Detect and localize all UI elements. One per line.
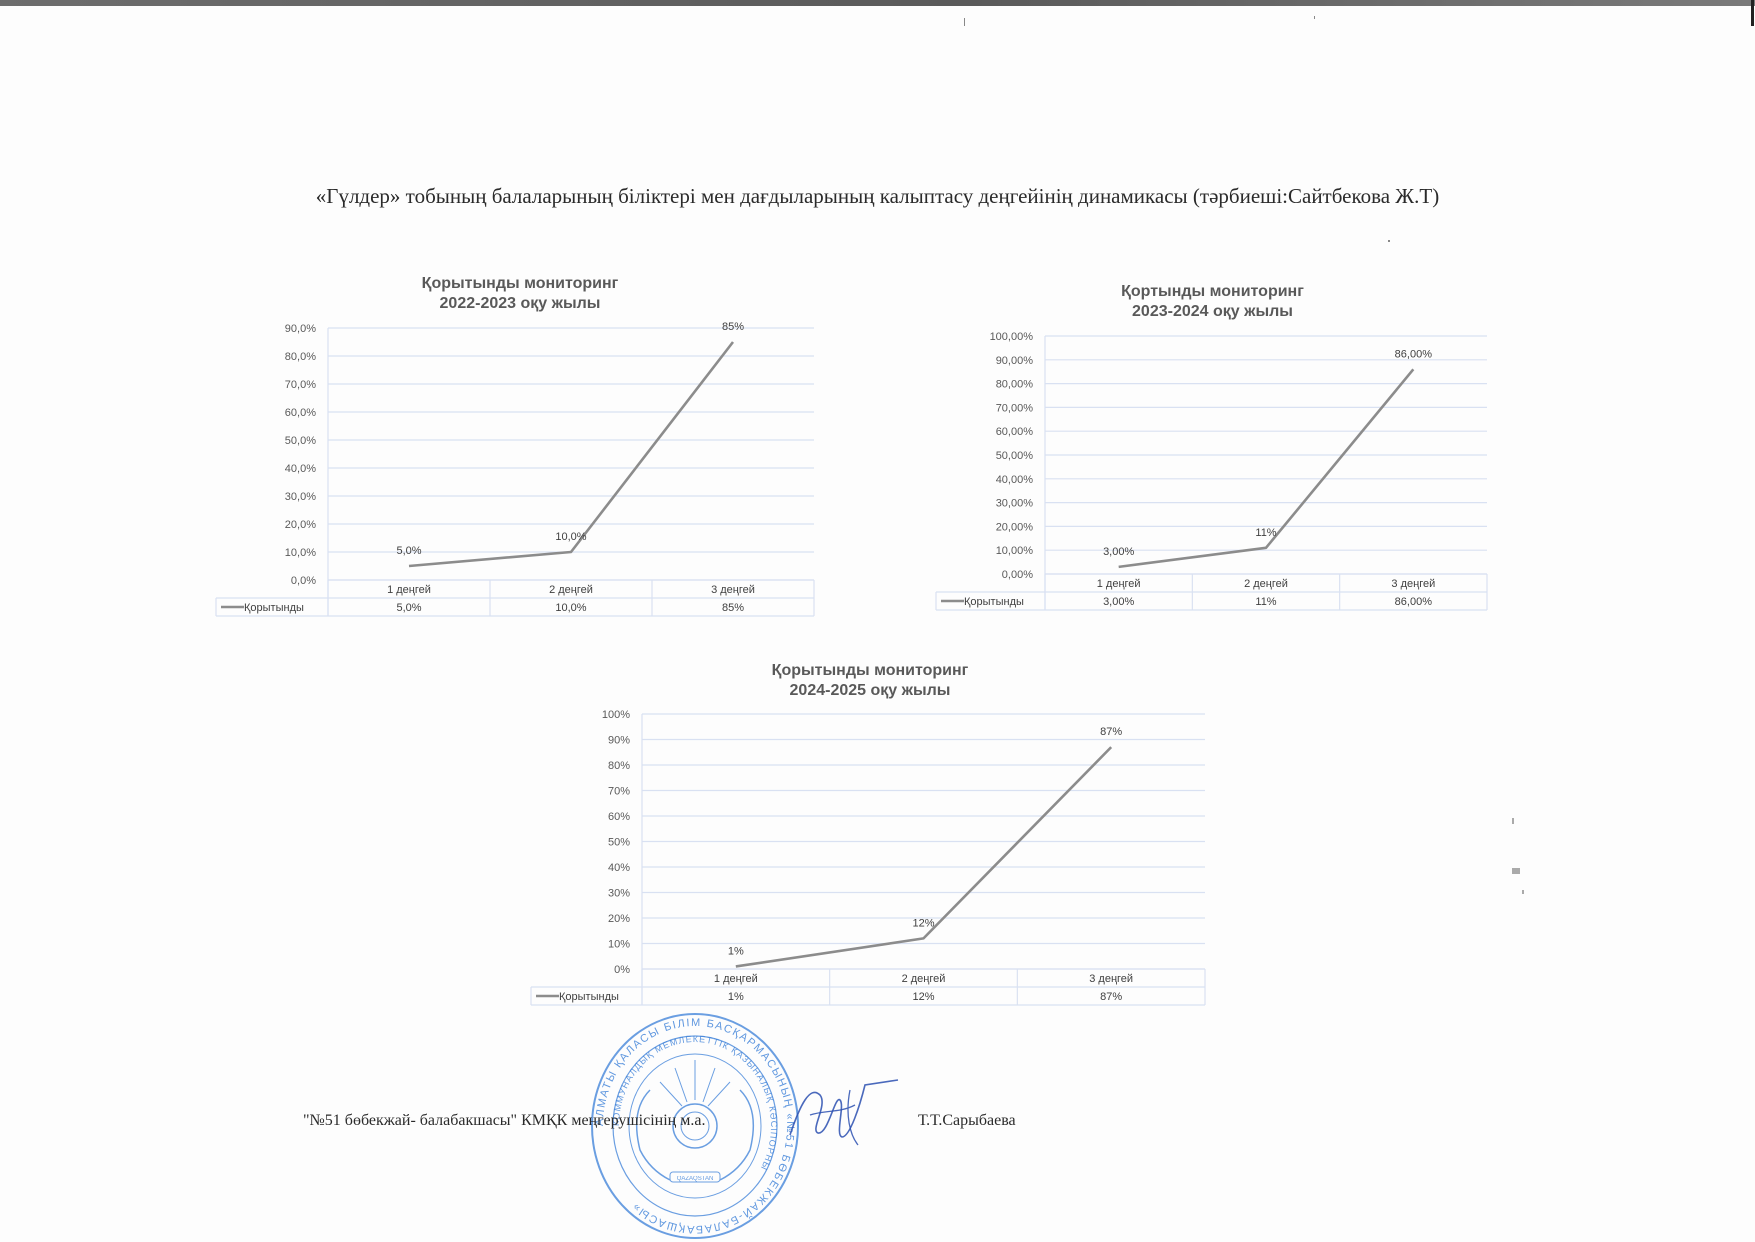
data-label: 5,0% bbox=[396, 545, 421, 557]
line-chart-plot: 0,00%10,00%20,00%30,00%40,00%50,00%60,00… bbox=[930, 278, 1495, 623]
scan-speck bbox=[1522, 890, 1524, 894]
table-value: 12% bbox=[912, 991, 934, 1003]
data-label: 11% bbox=[1255, 527, 1276, 539]
y-tick-label: 70% bbox=[608, 786, 630, 798]
y-tick-label: 60% bbox=[608, 811, 630, 823]
chart-2023-2024: Қортынды мониторинг 2023-2024 оқу жылы 0… bbox=[930, 278, 1495, 623]
category-label: 2 деңгей bbox=[549, 584, 593, 596]
y-tick-label: 100,00% bbox=[990, 331, 1034, 343]
y-tick-label: 30,00% bbox=[996, 498, 1034, 510]
scan-edge-right bbox=[1751, 0, 1754, 26]
category-label: 2 деңгей bbox=[902, 973, 946, 985]
y-tick-label: 30,0% bbox=[285, 491, 316, 503]
footer-organization: "№51 бөбекжай- балабакшасы" КМҚК меңгеру… bbox=[303, 1112, 705, 1130]
y-tick-label: 70,00% bbox=[996, 402, 1034, 414]
data-label: 85% bbox=[722, 321, 744, 333]
y-tick-label: 80,0% bbox=[285, 351, 316, 363]
legend-label: Қорытынды bbox=[964, 596, 1024, 608]
svg-text:КОММУНАЛДЫҚ МЕМЛЕКЕТТІК ҚАЗЫНА: КОММУНАЛДЫҚ МЕМЛЕКЕТТІК ҚАЗЫНАЛЫҚ КӘСІПО… bbox=[611, 1034, 779, 1172]
line-chart-plot: 0,0%10,0%20,0%30,0%40,0%50,0%60,0%70,0%8… bbox=[210, 270, 830, 630]
chart-2024-2025: Қорытынды мониторинг 2024-2025 оқу жылы … bbox=[525, 657, 1215, 1017]
y-tick-label: 20,00% bbox=[996, 521, 1034, 533]
footer-signatory: Т.Т.Сарыбаева bbox=[918, 1112, 1016, 1130]
y-tick-label: 60,00% bbox=[996, 426, 1034, 438]
data-label: 1% bbox=[728, 945, 744, 957]
data-label: 86,00% bbox=[1395, 348, 1433, 360]
y-tick-label: 40,0% bbox=[285, 463, 316, 475]
stamp-center-label: QAZAQSTAN bbox=[677, 1176, 714, 1182]
y-tick-label: 50,00% bbox=[996, 450, 1034, 462]
series-line bbox=[736, 747, 1111, 966]
category-label: 3 деңгей bbox=[1391, 578, 1435, 590]
y-tick-label: 40% bbox=[608, 862, 630, 874]
table-value: 3,00% bbox=[1103, 596, 1134, 608]
y-tick-label: 80% bbox=[608, 760, 630, 772]
y-tick-label: 60,0% bbox=[285, 407, 316, 419]
data-label: 3,00% bbox=[1103, 546, 1134, 558]
category-label: 1 деңгей bbox=[1097, 578, 1141, 590]
y-tick-label: 20,0% bbox=[285, 519, 316, 531]
data-label: 10,0% bbox=[555, 531, 586, 543]
category-label: 2 деңгей bbox=[1244, 578, 1288, 590]
y-tick-label: 90,0% bbox=[285, 323, 316, 335]
table-value: 11% bbox=[1255, 596, 1276, 608]
table-value: 87% bbox=[1100, 991, 1122, 1003]
category-label: 3 деңгей bbox=[1089, 973, 1133, 985]
y-tick-label: 0,0% bbox=[291, 575, 316, 587]
y-tick-label: 70,0% bbox=[285, 379, 316, 391]
table-value: 1% bbox=[728, 991, 744, 1003]
y-tick-label: 0,00% bbox=[1002, 569, 1033, 581]
table-value: 5,0% bbox=[396, 602, 421, 614]
chart-2022-2023: Қорытынды мониторинг 2022-2023 оқу жылы … bbox=[210, 270, 830, 630]
document-title: «Гүлдер» тобының балаларының біліктері м… bbox=[0, 184, 1755, 209]
y-tick-label: 10% bbox=[608, 939, 630, 951]
table-value: 86,00% bbox=[1395, 596, 1433, 608]
y-tick-label: 20% bbox=[608, 913, 630, 925]
table-value: 85% bbox=[722, 602, 744, 614]
data-label: 87% bbox=[1100, 726, 1122, 738]
y-tick-label: 10,00% bbox=[996, 545, 1034, 557]
y-tick-label: 100% bbox=[602, 709, 630, 721]
y-tick-label: 50% bbox=[608, 837, 630, 849]
y-tick-label: 10,0% bbox=[285, 547, 316, 559]
y-tick-label: 40,00% bbox=[996, 474, 1034, 486]
legend-label: Қорытынды bbox=[559, 991, 619, 1003]
scan-speck bbox=[1388, 240, 1390, 242]
table-value: 10,0% bbox=[555, 602, 586, 614]
category-label: 3 деңгей bbox=[711, 584, 755, 596]
y-tick-label: 80,00% bbox=[996, 379, 1034, 391]
category-label: 1 деңгей bbox=[714, 973, 758, 985]
data-label: 12% bbox=[912, 917, 934, 929]
signature bbox=[780, 1075, 900, 1155]
y-tick-label: 30% bbox=[608, 888, 630, 900]
scan-speck bbox=[964, 18, 965, 26]
y-tick-label: 0% bbox=[614, 964, 630, 976]
legend-label: Қорытынды bbox=[244, 602, 304, 614]
y-tick-label: 90,00% bbox=[996, 355, 1034, 367]
scan-speck bbox=[1512, 818, 1514, 824]
y-tick-label: 90% bbox=[608, 735, 630, 747]
category-label: 1 деңгей bbox=[387, 584, 431, 596]
stamp-inner-text: КОММУНАЛДЫҚ МЕМЛЕКЕТТІК ҚАЗЫНАЛЫҚ КӘСІПО… bbox=[611, 1034, 779, 1172]
scan-speck bbox=[1512, 868, 1520, 874]
line-chart-plot: 0%10%20%30%40%50%60%70%80%90%100%1 деңге… bbox=[525, 657, 1215, 1017]
scan-speck bbox=[1314, 16, 1315, 19]
y-tick-label: 50,0% bbox=[285, 435, 316, 447]
scan-edge-top bbox=[0, 0, 1755, 6]
